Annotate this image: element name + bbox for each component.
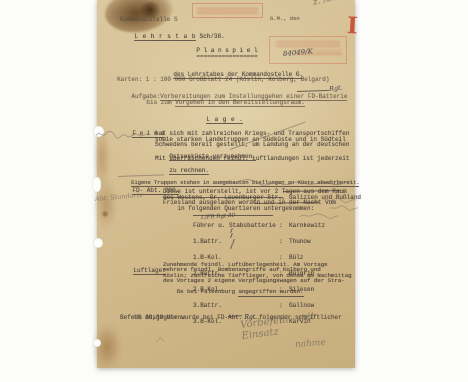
strike-para-line2 — [163, 197, 283, 198]
unit-location: Thunow — [289, 239, 311, 244]
scribble-path — [218, 180, 350, 186]
unit-sep: : — [279, 223, 289, 228]
unit-name: Führer u. Stabsbatterie — [193, 223, 279, 228]
punch-hole-3 — [93, 238, 103, 248]
pencil-tick-bottom-left — [155, 336, 165, 344]
unit-location: Karnkewitz — [289, 223, 325, 228]
pencil-scribble-right-margin-2 — [329, 204, 359, 212]
unit-name: 3.Battr. — [193, 303, 279, 308]
handwritten-rgt-title: Rgt. — [329, 84, 343, 93]
unit-name: 1.Battr. — [193, 239, 279, 244]
header-date-line: G.M., den — [270, 16, 300, 22]
punch-hole-2 — [92, 177, 101, 192]
header-lehrstab: L e h r s t a b Sch/38. — [120, 28, 225, 45]
scribble-path — [156, 337, 164, 342]
title-planspiel-rule: ================= — [177, 54, 277, 60]
unit-location: Gallnow — [289, 303, 314, 308]
scanned-document-photo: { "colors": { "paper": "#d6c094", "ink":… — [0, 0, 468, 382]
unit-sep: : — [279, 255, 289, 260]
unit-row-0: Führer u. Stabsbatterie:Karnkewitz — [193, 223, 325, 228]
luftlage-last-line: ße bei Falkenburg angegriffen wurden. — [163, 284, 304, 301]
unit-name: 1.B-Kol. — [193, 255, 279, 260]
red-roman-numeral: I — [346, 12, 358, 40]
lage-heading-text: L a g e . — [206, 116, 243, 124]
aufgabe-line2-text: Vorgehen in den Bereitstellungsraum. — [175, 99, 305, 107]
pencil-scribble-after-karnkewitz — [299, 212, 339, 220]
red-stamp-top — [192, 3, 263, 18]
title-aufgabe-line2: bis zum Vorgehen in den Bereitstellungsr… — [132, 94, 305, 111]
scribble-path — [96, 131, 148, 138]
lage-heading: L a g e . — [192, 111, 243, 128]
luftlage-label-text: Luftlage: — [133, 267, 165, 275]
luftlage-paragraph: Zunehmende feindl. Luftüberlegenheit. Am… — [163, 262, 352, 283]
unit-sep: : — [279, 239, 289, 244]
header-unit-line: Kommandostelle S — [120, 17, 178, 23]
luftlage-last-underlined: angegriffen wurden. — [238, 288, 303, 296]
unit-row-2: 1.B-Kol.:Bülz — [193, 255, 325, 260]
fox-spot-bottom-left — [93, 324, 121, 370]
title-karten-line: Karten: 1 : 100 000 Großblatt 24 (Köslin… — [117, 77, 329, 83]
pencil-scribble-feind-margin — [95, 129, 149, 139]
unit-location: Bülz — [289, 255, 303, 260]
document-page: Kommandostelle S L e h r s t a b Sch/38.… — [97, 0, 355, 368]
befehl-line2: Befehl ausgegeben: — [120, 315, 185, 321]
scribble-path — [324, 198, 357, 202]
lehrstab-label: L e h r s t a b — [134, 33, 196, 41]
fox-spot-left-3 — [101, 210, 109, 218]
luftlage-label: Luftlage: — [119, 262, 166, 279]
pencil-note-bottom-2: nahme — [295, 338, 326, 350]
scribble-path — [330, 206, 359, 210]
unit-row-5: 3.Battr.:Gallnow — [193, 303, 325, 308]
red-stamp-registry-smear — [276, 41, 340, 47]
scribble-path — [300, 214, 338, 218]
aufgabe-line2-pre: bis zum — [146, 99, 175, 106]
red-stamp-top-text-smear — [197, 7, 258, 14]
punch-hole-4 — [93, 339, 101, 347]
lehrstab-suffix: Sch/38. — [196, 33, 225, 40]
unit-row-1: 1.Battr.:Thunow — [193, 239, 325, 244]
pencil-note-zakt: z. Akt. — [312, 0, 342, 8]
pencil-scribble-right-margin-1 — [323, 196, 357, 204]
pencil-scribble-after-abt — [215, 177, 353, 187]
pencil-margin-note-standorte: Abt. Standorte — [95, 191, 144, 203]
luftlage-last-plain: ße bei Falkenburg — [177, 288, 239, 295]
unit-sep: : — [279, 303, 289, 308]
feind-paragraph-2: Mit überraschenden feindl. Luftlandungen… — [155, 156, 349, 162]
